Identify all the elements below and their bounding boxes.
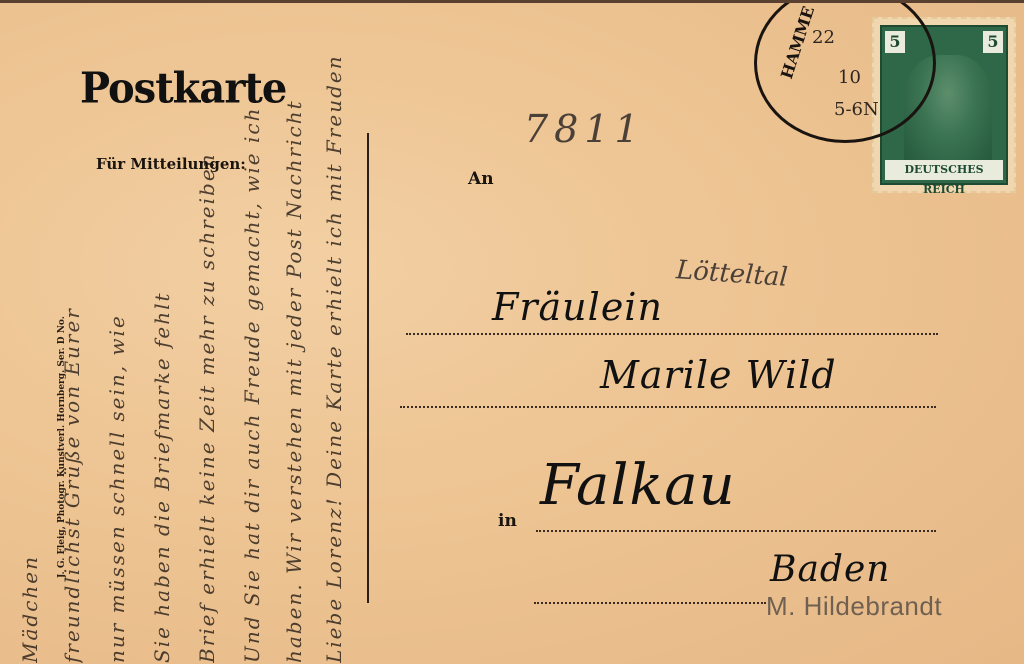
- stamp-country: DEUTSCHES REICH: [885, 160, 1003, 180]
- address-town: Falkau: [540, 453, 736, 518]
- postmark-day: 22: [812, 27, 835, 48]
- address-line: [406, 333, 938, 335]
- postcard-title: Postkarte: [80, 64, 286, 113]
- postmark-date: 10: [838, 67, 861, 88]
- stamp-value: 5: [983, 31, 1003, 53]
- message-line: Sie haben die Briefmarke fehlt: [150, 23, 174, 663]
- address-line: [536, 530, 936, 532]
- pencil-note: Lötteltal: [675, 255, 789, 293]
- postmark-time: 5-6N: [834, 99, 879, 120]
- address-name: Marile Wild: [600, 353, 837, 397]
- pencil-number: 7811: [524, 107, 645, 151]
- message-line: nur müssen schnell sein, wie: [105, 23, 129, 663]
- address-line: [534, 602, 766, 604]
- message-line: Und Sie hat dir auch Freude gemacht, wie…: [240, 23, 264, 663]
- message-line: Brief erhielt keine Zeit mehr zu schreib…: [195, 23, 219, 663]
- message-line: Mädchen: [18, 23, 42, 663]
- message-label: Für Mitteilungen:: [96, 155, 246, 173]
- divider-line: [367, 133, 369, 603]
- address-salutation: Fräulein: [492, 285, 663, 329]
- place-prefix: in: [498, 511, 517, 531]
- message-line: Liebe Lorenz! Deine Karte erhielt ich mi…: [322, 23, 346, 663]
- address-line: [400, 406, 936, 408]
- postcard: Mädchen freundlichst Grüße von Eurer nur…: [0, 0, 1024, 664]
- address-region: Baden: [770, 549, 890, 590]
- message-line: haben. Wir verstehen mit jeder Post Nach…: [282, 23, 306, 663]
- address-prefix: An: [468, 169, 494, 189]
- printer-credit: J. G. Fleig, Photogr. Kunstverl. Hornber…: [57, 278, 67, 578]
- watermark: M. Hildebrandt: [766, 591, 942, 622]
